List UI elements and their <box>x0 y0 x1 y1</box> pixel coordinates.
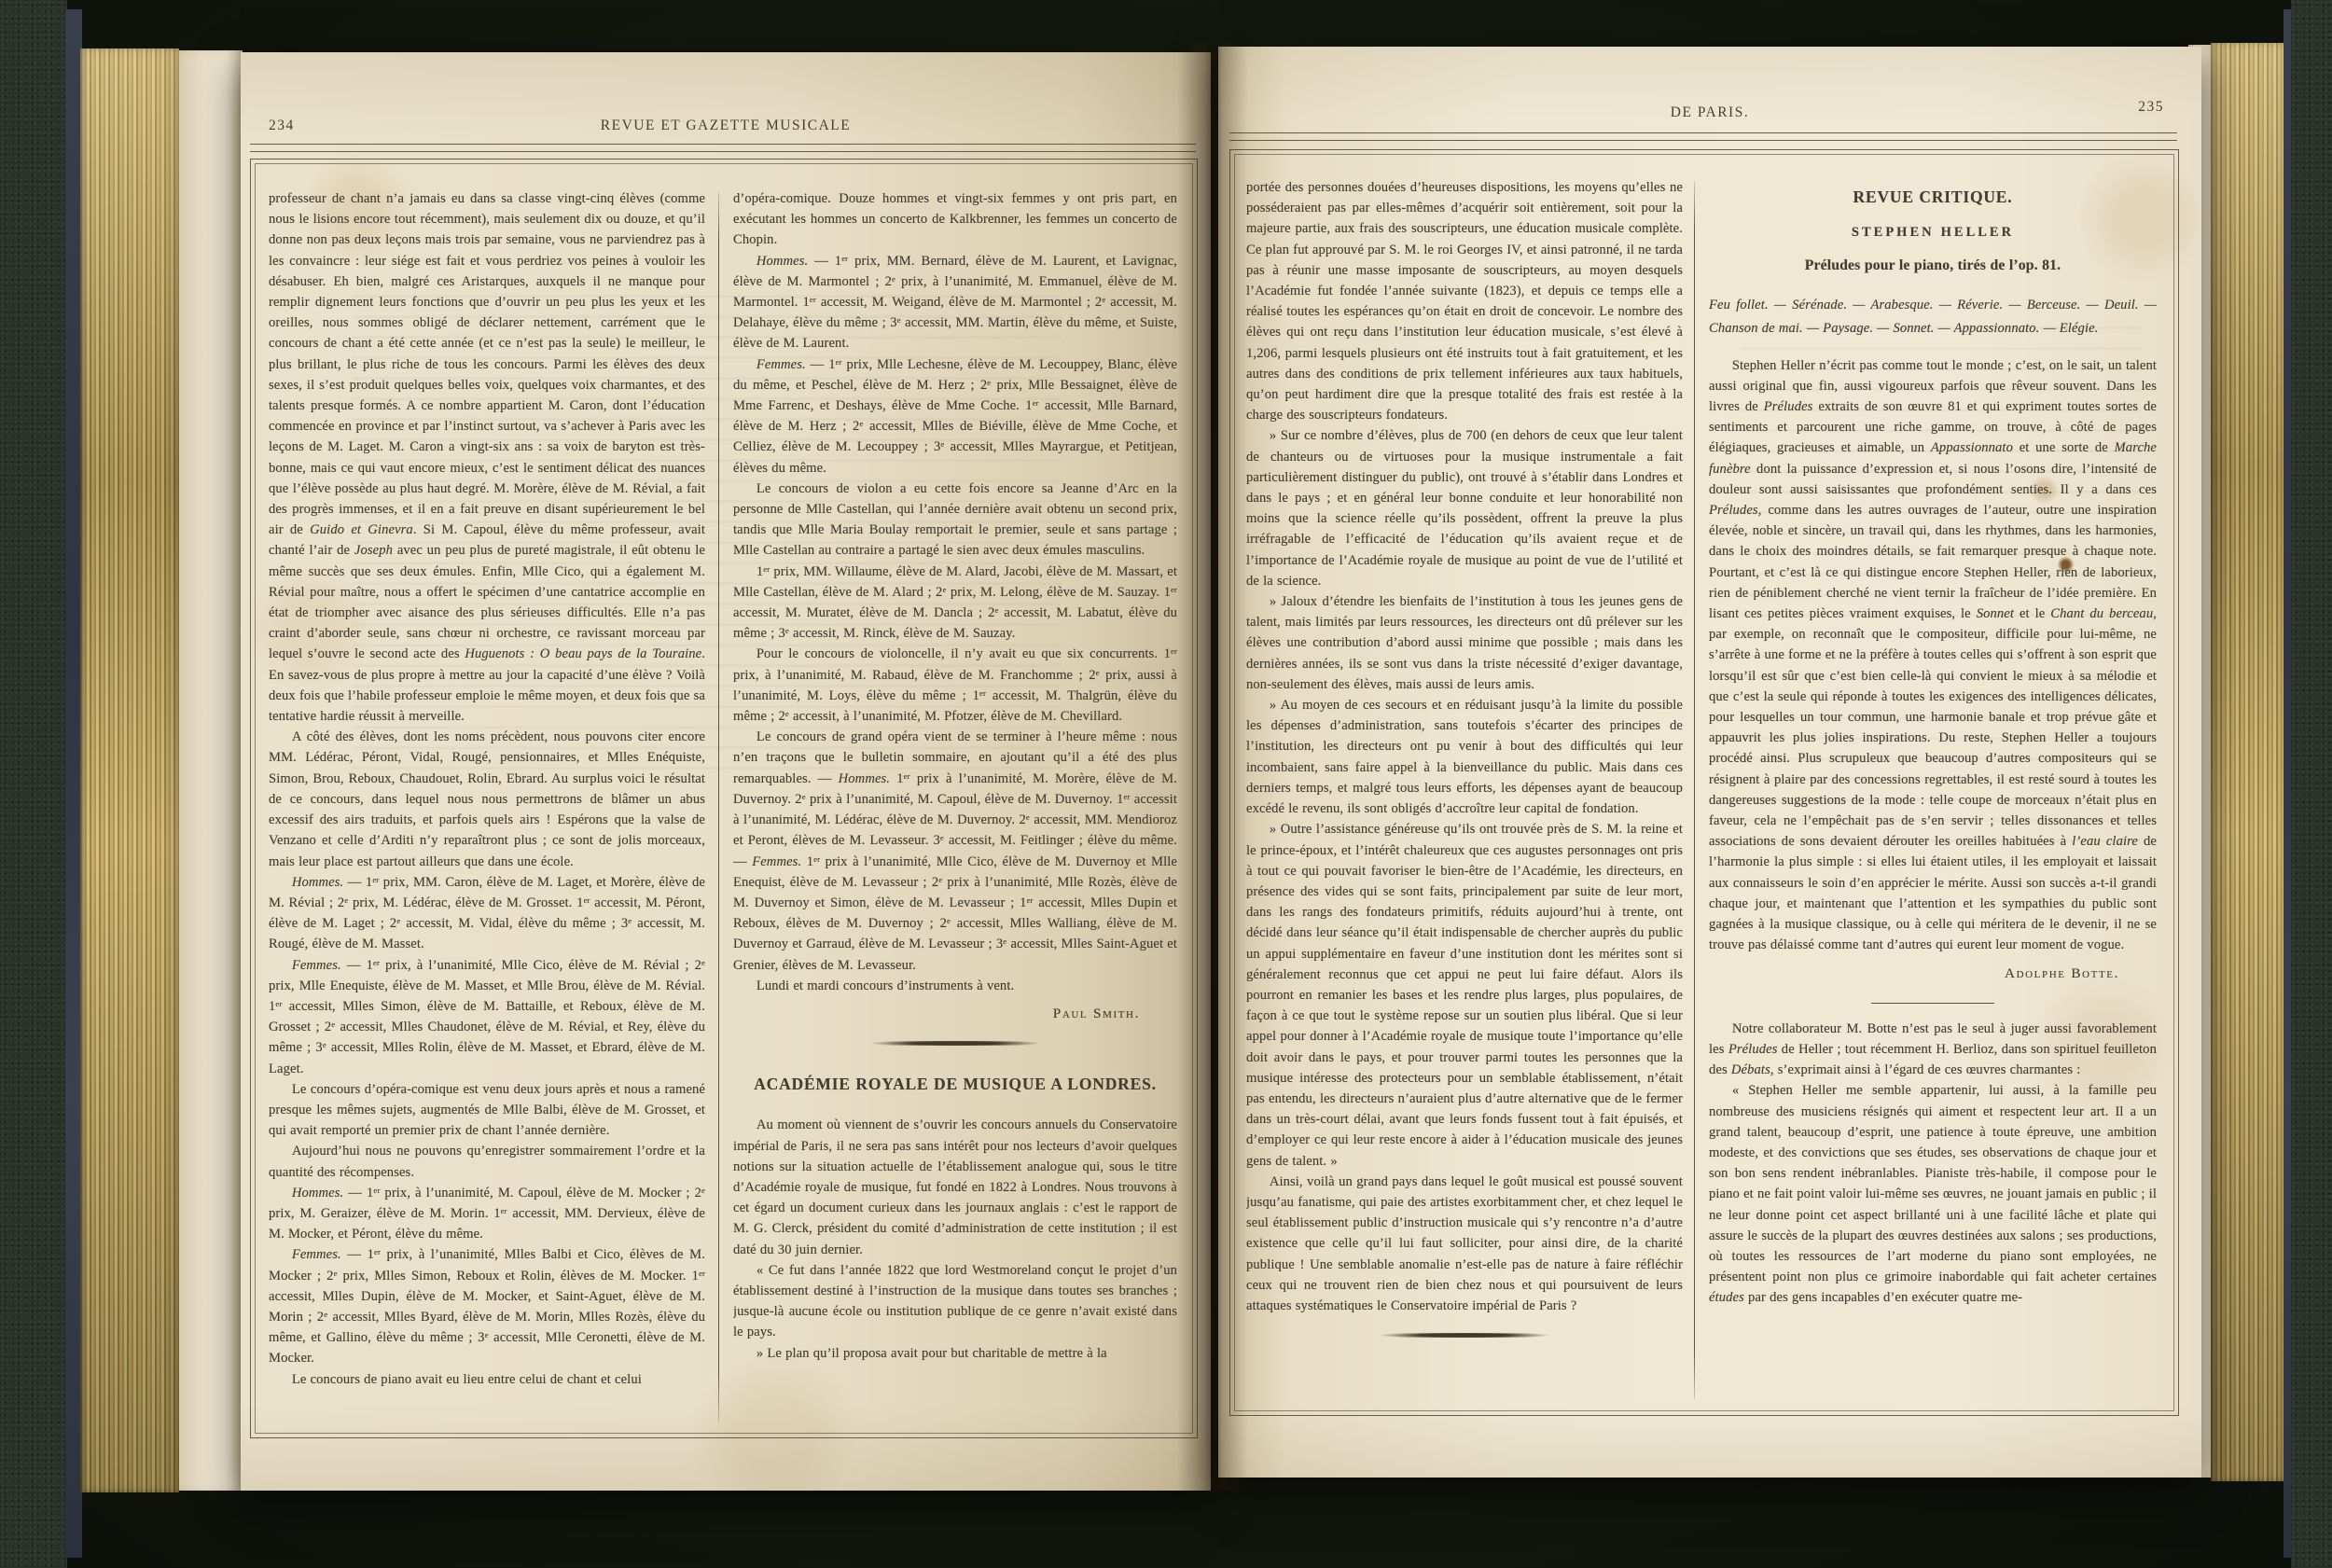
running-head-right: DE PARIS. <box>1218 104 2201 121</box>
gilt-page-edges-right <box>2211 43 2293 1481</box>
paragraph: Au moment où viennent de s’ouvrir les co… <box>733 1115 1177 1259</box>
paragraph: 1er prix, MM. Willaume, élève de M. Alar… <box>733 562 1177 645</box>
swelled-rule-divider <box>1353 1333 1576 1338</box>
paragraph: « Ce fut dans l’année 1822 que lord West… <box>733 1260 1177 1343</box>
program-line: Feu follet. — Sérénade. — Arabesque. — R… <box>1709 294 2157 340</box>
head-rule-left <box>250 144 1196 152</box>
paragraph: Le concours de piano avait eu lieu entre… <box>269 1369 705 1390</box>
column-divider-right <box>1694 181 1695 1399</box>
column-divider-left <box>718 192 719 1422</box>
paragraph: Le concours d’opéra-comique est venu deu… <box>269 1079 705 1142</box>
book-scan-scene: 234 REVUE ET GAZETTE MUSICALE professeur… <box>0 0 2332 1568</box>
paragraph: Le concours de violon a eu cette fois en… <box>733 479 1177 562</box>
paragraph: Femmes. — 1er prix, Mlle Lechesne, élève… <box>733 354 1177 479</box>
right-page-column-2: REVUE CRITIQUE.STEPHEN HELLERPréludes po… <box>1709 173 2157 1410</box>
running-head-left: REVUE ET GAZETTE MUSICALE <box>241 118 1211 134</box>
left-page-column-2: d’opéra-comique. Douze hommes et vingt-s… <box>733 188 1177 1425</box>
paragraph: Notre collaborateur M. Botte n’est pas l… <box>1709 1019 2157 1081</box>
paragraph-continuation: portée des personnes douées d’heureuses … <box>1246 177 1683 425</box>
paragraph: « Stephen Heller me semble appartenir, l… <box>1709 1080 2157 1308</box>
paragraph: Hommes. — 1er prix, à l’unanimité, M. Ca… <box>269 1183 705 1245</box>
left-page: 234 REVUE ET GAZETTE MUSICALE professeur… <box>241 52 1211 1491</box>
section-heading: ACADÉMIE ROYALE DE MUSIQUE A LONDRES. <box>739 1074 1172 1094</box>
right-page: DE PARIS. 235 portée des personnes douée… <box>1218 47 2201 1478</box>
paragraph: Hommes. — 1er prix, MM. Bernard, élève d… <box>733 251 1177 354</box>
gilt-page-edges-left <box>80 49 179 1492</box>
signature: Paul Smith. <box>733 1004 1177 1024</box>
paragraph: » Sur ce nombre d’élèves, plus de 700 (e… <box>1246 425 1683 591</box>
short-rule-divider <box>1871 1003 1994 1004</box>
right-page-column-1: portée des personnes douées d’heureuses … <box>1246 177 1683 1408</box>
left-page-column-1: professeur de chant n’a jamais eu dans s… <box>269 188 705 1425</box>
paragraph: Le concours de grand opéra vient de se t… <box>733 727 1177 975</box>
head-rule-right <box>1229 132 2177 141</box>
paragraph: » Au moyen de ces secours et en réduisan… <box>1246 695 1683 819</box>
section-heading: REVUE CRITIQUE. <box>1714 187 2151 207</box>
paragraph: » Outre l’assistance généreuse qu’ils on… <box>1246 819 1683 1171</box>
paragraph: A côté des élèves, dont les noms précède… <box>269 727 705 871</box>
paragraph: » Jaloux d’étendre les bienfaits de l’in… <box>1246 591 1683 695</box>
swelled-rule-divider <box>843 1041 1067 1046</box>
work-title: Préludes pour le piano, tirés de l’op. 8… <box>1709 256 2157 276</box>
paragraph-continuation: professeur de chant n’a jamais eu dans s… <box>269 188 705 727</box>
signature: Adolphe Botte. <box>1709 964 2157 984</box>
paragraph: Hommes. — 1er prix, MM. Caron, élève de … <box>269 872 705 955</box>
paragraph: Stephen Heller n’écrit pas comme tout le… <box>1709 355 2157 956</box>
paragraph: Lundi et mardi concours d’instruments à … <box>733 976 1177 996</box>
paragraph: Pour le concours de violoncelle, il n’y … <box>733 644 1177 727</box>
paragraph: Femmes. — 1er prix, à l’unanimité, Mlles… <box>269 1244 705 1368</box>
book-cover-right <box>2291 0 2332 1568</box>
fore-edge-left <box>179 50 243 1491</box>
paragraph: Aujourd’hui nous ne pouvons qu’enregistr… <box>269 1141 705 1182</box>
page-number-right: 235 <box>2138 99 2164 116</box>
book-cover-left <box>0 0 67 1568</box>
paragraph: » Le plan qu’il proposa avait pour but c… <box>733 1343 1177 1364</box>
paragraph: Femmes. — 1er prix, à l’unanimité, Mlle … <box>269 955 705 1079</box>
author-heading: STEPHEN HELLER <box>1709 222 2157 243</box>
paragraph-continuation: d’opéra-comique. Douze hommes et vingt-s… <box>733 188 1177 251</box>
paragraph: Ainsi, voilà un grand pays dans lequel l… <box>1246 1172 1683 1316</box>
